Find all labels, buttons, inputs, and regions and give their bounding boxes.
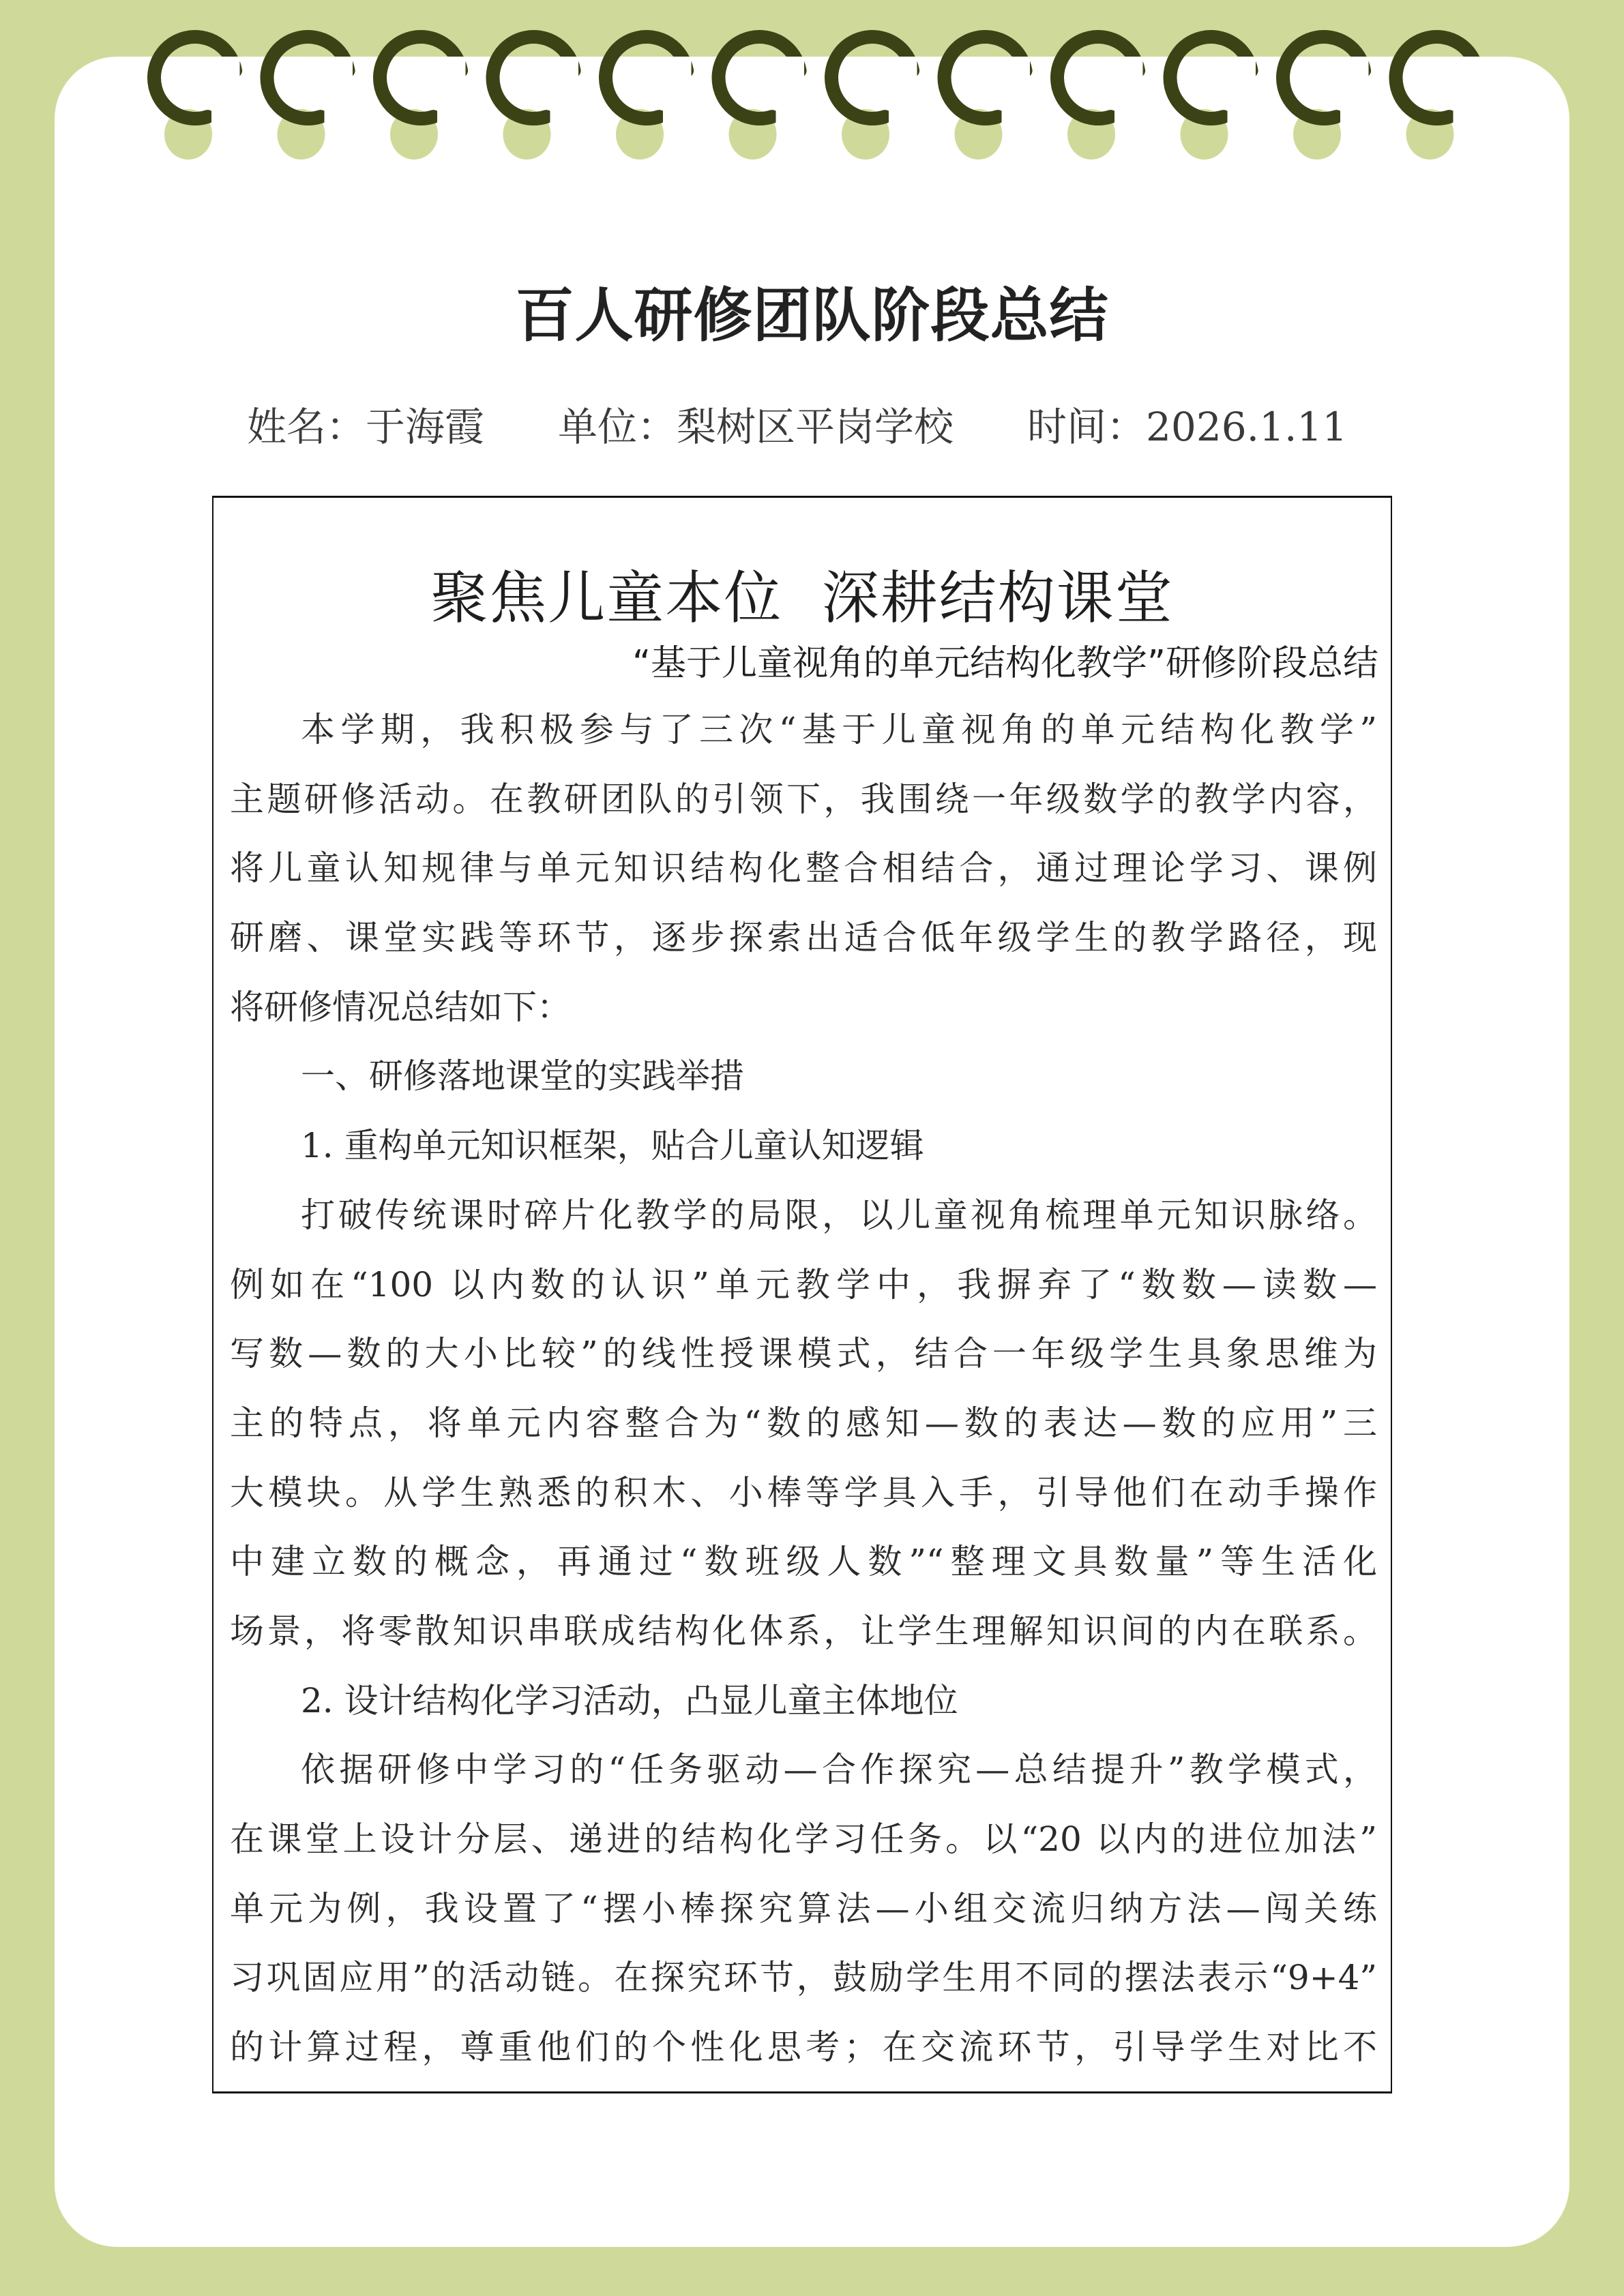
body-line: 依据研修中学习的“任务驱动—合作探究—总结提升”教学模式，	[230, 1735, 1377, 1805]
subsection-heading: 1. 重构单元知识框架，贴合儿童认知逻辑	[230, 1112, 1377, 1181]
document-date: 时间：2026.1.11	[1027, 401, 1347, 453]
article-subheading: “基于儿童视角的单元结构化教学”研修阶段总结	[632, 640, 1378, 687]
author-name: 姓名：于海霞	[247, 401, 484, 453]
body-line: 的计算过程，尊重他们的个性化思考；在交流环节，引导学生对比不	[230, 2013, 1377, 2083]
section-heading: 一、研修落地课堂的实践举措	[230, 1042, 1377, 1112]
body-line: 本学期，我积极参与了三次“基于儿童视角的单元结构化教学”	[230, 696, 1377, 765]
subsection-heading: 2. 设计结构化学习活动，凸显儿童主体地位	[230, 1667, 1377, 1736]
body-line: 主题研修活动。在教研团队的引领下，我围绕一年级数学的教学内容，	[230, 765, 1377, 835]
body-line: 例如在“100 以内数的认识”单元教学中，我摒弃了“数数—读数—	[230, 1251, 1377, 1320]
article-heading: 聚焦儿童本位 深耕结构课堂	[212, 561, 1392, 636]
body-line: 习巩固应用”的活动链。在探究环节，鼓励学生用不同的摆法表示“9+4”	[230, 1943, 1377, 2013]
body-line: 将研修情况总结如下：	[230, 973, 1377, 1043]
body-line: 大模块。从学生熟悉的积木、小棒等学具入手，引导他们在动手操作	[230, 1459, 1377, 1528]
body-line: 单元为例，我设置了“摆小棒探究算法—小组交流归纳方法—闯关练	[230, 1875, 1377, 1944]
article-body: 本学期，我积极参与了三次“基于儿童视角的单元结构化教学” 主题研修活动。在教研团…	[230, 696, 1377, 2083]
author-info-line: 姓名：于海霞 单位：梨树区平岗学校 时间：2026.1.11	[247, 401, 1379, 453]
body-line: 将儿童认知规律与单元知识结构化整合相结合，通过理论学习、课例	[230, 834, 1377, 904]
body-line: 写数—数的大小比较”的线性授课模式，结合一年级学生具象思维为	[230, 1320, 1377, 1389]
body-line: 在课堂上设计分层、递进的结构化学习任务。以“20 以内的进位加法”	[230, 1805, 1377, 1875]
body-line: 中建立数的概念，再通过“数班级人数”“整理文具数量”等生活化	[230, 1527, 1377, 1597]
body-line: 场景，将零散知识串联成结构化体系，让学生理解知识间的内在联系。	[230, 1597, 1377, 1667]
body-line: 研磨、课堂实践等环节，逐步探索出适合低年级学生的教学路径，现	[230, 904, 1377, 973]
body-line: 打破传统课时碎片化教学的局限，以儿童视角梳理单元知识脉络。	[230, 1181, 1377, 1251]
document-title: 百人研修团队阶段总结	[0, 278, 1624, 353]
author-unit: 单位：梨树区平岗学校	[558, 401, 954, 453]
body-line: 主的特点，将单元内容整合为“数的感知—数的表达—数的应用”三	[230, 1389, 1377, 1459]
